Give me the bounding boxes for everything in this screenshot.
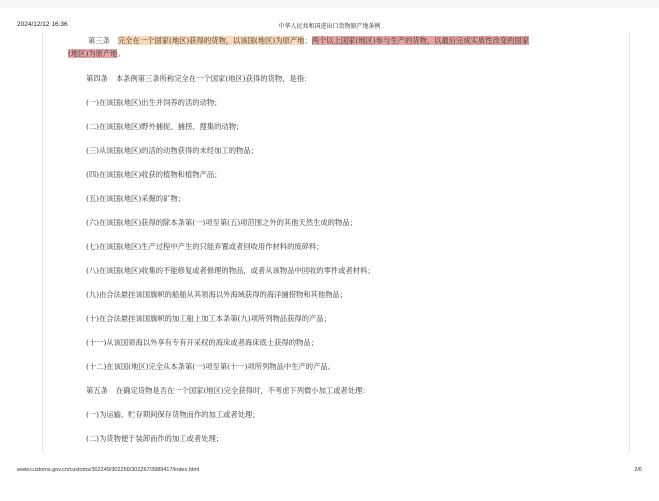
list-item: (四)在该国(地区)收获的植物和植物产品； xyxy=(86,169,608,180)
list-item: (二)为货物便于装卸而作的加工或者处理； xyxy=(86,433,608,444)
article-text: 在确定货物是否在一个国家(地区)完全获得时，不考虑下列微小加工或者处理： xyxy=(116,386,370,395)
article-3-continued: (地区)为原产地。 xyxy=(68,48,608,59)
page-url[interactable]: www.customs.gov.cn/customs/302249/302266… xyxy=(17,467,199,473)
list-item: (一)为运输、贮存期间保存货物而作的加工或者处理； xyxy=(86,409,608,420)
article-3: 第三条完全在一个国家(地区)获得的货物，以该国(地区)为原产地；两个以上国家(地… xyxy=(88,35,608,46)
list-item: (十二)在该国(地区)完全从本条第(一)项至第(十一)项所列物品中生产的产品。 xyxy=(86,361,608,372)
article-4: 第四条本条例第三条所称完全在一个国家(地区)获得的货物，是指： xyxy=(86,73,608,84)
print-footer: www.customs.gov.cn/customs/302249/302266… xyxy=(17,467,642,477)
list-item: (七)在该国(地区)生产过程中产生的只能弃置或者回收用作材料的废碎料； xyxy=(86,241,608,252)
article-text: 本条例第三条所称完全在一个国家(地区)获得的货物，是指： xyxy=(116,74,311,83)
document-content: 第三条完全在一个国家(地区)获得的货物，以该国(地区)为原产地；两个以上国家(地… xyxy=(88,35,608,444)
print-header: 2024/12/12 16:36 中华人民共和国进出口货物原产地条例 xyxy=(17,21,642,31)
list-item: (三)从该国(地区)的活的动物获得的未经加工的物品； xyxy=(86,145,608,156)
highlight-orange[interactable]: 完全在一个国家(地区)获得的货物，以该国(地区)为原产地 xyxy=(118,36,305,45)
list-item: (九)由合法悬挂该国旗帜的船舶从其领海以外海域获得的海洋捕捞物和其他物品； xyxy=(86,289,608,300)
list-item: (二)在该国(地区)野外捕捉、捕捞、搜集的动物； xyxy=(86,121,608,132)
list-item: (八)在该国(地区)收集的不能修复或者修理的物品，或者从该物品中回收的零件或者材… xyxy=(86,265,608,276)
top-band xyxy=(0,0,659,8)
article-number: 第四条 xyxy=(86,74,108,83)
page-number: 2/6 xyxy=(634,467,642,473)
article-5: 第五条在确定货物是否在一个国家(地区)完全获得时，不考虑下列微小加工或者处理： xyxy=(86,385,608,396)
highlight-red-continued[interactable]: (地区)为原产地 xyxy=(68,49,117,58)
list-item: (一)在该国(地区)出生并饲养的活的动物； xyxy=(86,97,608,108)
article-number: 第五条 xyxy=(86,386,108,395)
list-item: (十)在合法悬挂该国旗帜的加工船上加工本条第(九)项所列物品获得的产品； xyxy=(86,313,608,324)
article-number: 第三条 xyxy=(88,36,110,45)
document-title: 中华人民共和国进出口货物原产地条例 xyxy=(17,21,642,30)
highlight-red[interactable]: 两个以上国家(地区)参与生产的货物，以最后完成实质性改变的国家 xyxy=(312,36,529,45)
period: 。 xyxy=(117,49,124,58)
list-item: (六)在该国(地区)获得的除本条第(一)项至第(五)项范围之外的其他天然生成的物… xyxy=(86,217,608,228)
list-item: (五)在该国(地区)采掘的矿物； xyxy=(86,193,608,204)
list-item: (十一)从该国领海以外享有专有开采权的海床或者海床底土获得的物品； xyxy=(86,337,608,348)
separator: ； xyxy=(304,36,311,45)
